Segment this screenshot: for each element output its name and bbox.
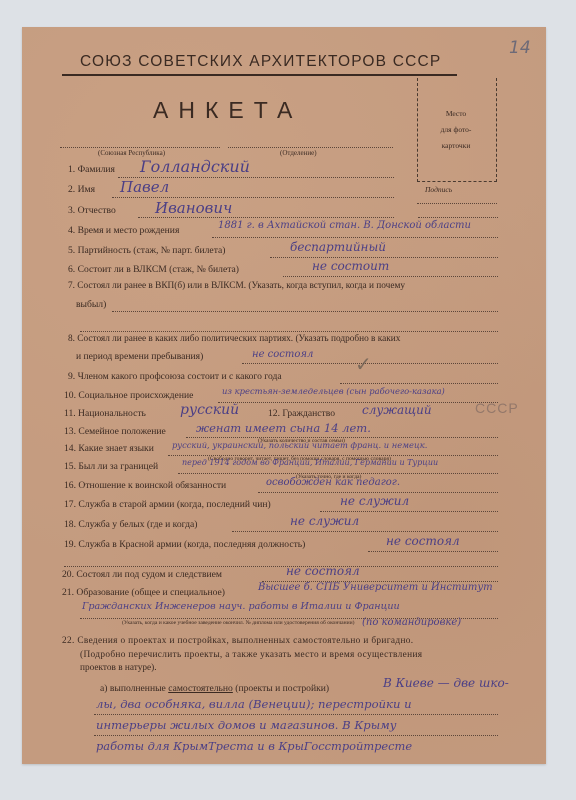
field-line	[270, 257, 498, 258]
field-value-surname[interactable]: Голландский	[140, 157, 250, 176]
field-label-prior-membership: 7. Состоял ли ранее в ВКП(б) или в ВЛКСМ…	[68, 281, 405, 291]
field-label-nationality: 11. Национальность	[64, 408, 146, 419]
field-label-education: 21. Образование (общее и специальное)	[62, 587, 225, 598]
field-value-party[interactable]: беспартийный	[290, 240, 386, 254]
field-line-prior-membership[interactable]	[112, 311, 498, 312]
field-line	[94, 735, 498, 736]
department-label: (Отделение)	[280, 149, 317, 157]
field-label-political-parties-cont: и период времени пребывания)	[76, 351, 203, 362]
field-value-projects-line-3[interactable]: интерьеры жилых домов и магазинов. В Кры…	[96, 718, 397, 732]
field-value-political-parties[interactable]: не состоял	[252, 349, 313, 360]
field-line	[418, 217, 498, 218]
republic-label: (Союзная Республика)	[98, 149, 165, 157]
field-line	[94, 714, 498, 715]
field-label-projects-3: проектов в натуре).	[80, 663, 157, 673]
field-label-citizenship: 12. Гражданство	[268, 408, 335, 419]
field-label-independent-prefix: а) выполненные	[100, 683, 166, 694]
signature-label: Подпись	[425, 185, 452, 194]
field-label-union: 9. Членом какого профсоюза состоит и с к…	[68, 371, 282, 382]
organization-header: СОЮЗ СОВЕТСКИХ АРХИТЕКТОРОВ СССР	[80, 53, 441, 71]
page-title: АНКЕТА	[153, 97, 302, 124]
field-value-projects-line-1[interactable]: В Киеве — две шко-	[383, 676, 509, 690]
photo-box-text-1: Место	[417, 109, 495, 118]
field-label-surname: 1. Фамилия	[68, 164, 115, 175]
field-label-patronymic: 3. Отчество	[68, 205, 116, 216]
field-label-marital: 13. Семейное положение	[64, 426, 166, 437]
field-line	[258, 492, 498, 493]
field-label-whites: 18. Служба у белых (где и когда)	[64, 519, 197, 530]
field-line-union[interactable]	[340, 383, 498, 384]
page-number: 14	[509, 38, 531, 58]
field-label-military-duty: 16. Отношение к воинской обязанности	[64, 480, 226, 491]
field-value-citizenship[interactable]: служащий	[362, 403, 432, 417]
field-value-red-army[interactable]: не состоял	[386, 534, 460, 548]
field-value-birth[interactable]: 1881 г. в Ахтайской стан. В. Донской обл…	[218, 220, 471, 231]
check-mark-icon: ✓	[355, 352, 372, 376]
field-value-marital[interactable]: женат имеет сына 14 лет.	[196, 421, 371, 435]
field-line	[320, 511, 498, 512]
field-label-birth: 4. Время и место рождения	[68, 225, 179, 236]
signature-line[interactable]	[417, 203, 497, 204]
field-value-old-army[interactable]: не служил	[340, 494, 409, 508]
field-label-komsomol: 6. Состоит ли в ВЛКСМ (стаж, № билета)	[68, 264, 239, 275]
field-label-abroad: 15. Был ли за границей	[64, 461, 158, 472]
field-value-projects-line-4[interactable]: работы для КрымТреста и в КрыГосстройтре…	[96, 739, 412, 753]
field-line-red-army-2[interactable]	[64, 566, 498, 567]
field-label-name: 2. Имя	[68, 184, 95, 195]
field-label-social-origin: 10. Социальное происхождение	[64, 390, 193, 401]
field-line	[232, 531, 498, 532]
field-hint-education: (Указать, когда и какое учебное заведени…	[122, 620, 354, 626]
field-label-political-parties: 8. Состоял ли ранее в каких либо политич…	[68, 334, 400, 344]
field-value-komsomol[interactable]: не состоит	[312, 259, 389, 273]
field-line	[112, 197, 394, 198]
field-value-military-duty[interactable]: освобожден как педагог.	[266, 477, 400, 488]
field-value-education[interactable]: Высшее б. СПБ Университет и Институт	[258, 582, 493, 593]
field-label-languages: 14. Какие знает языки	[64, 443, 154, 454]
field-label-trial: 20. Состоял ли под судом и следствием	[62, 569, 222, 580]
field-value-projects-line-2[interactable]: лы, два особняка, вилла (Венеции); перес…	[96, 697, 412, 711]
field-line	[138, 217, 394, 218]
field-label-projects-1: 22. Сведения о проектах и постройках, вы…	[62, 636, 413, 646]
field-line	[283, 276, 498, 277]
field-value-trial[interactable]: не состоял	[286, 564, 360, 578]
field-value-education-cont[interactable]: Гражданских Инженеров науч. работы в Ита…	[82, 601, 400, 612]
photo-box-text-3: карточки	[417, 141, 495, 150]
field-value-nationality[interactable]: русский	[180, 402, 239, 418]
field-label-independent-suffix: (проекты и постройки)	[235, 683, 329, 694]
field-line-prior-membership-2[interactable]	[80, 331, 498, 332]
field-label-projects-2: (Подробно перечислить проекты, а также у…	[80, 650, 422, 660]
field-label-old-army: 17. Служба в старой армии (когда, послед…	[64, 499, 271, 510]
field-value-abroad[interactable]: перед 1914 годом во Франции, Италии, Гер…	[182, 458, 438, 467]
field-line	[218, 402, 498, 403]
field-value-name[interactable]: Павел	[120, 178, 169, 196]
field-label-red-army: 19. Служба в Красной армии (когда, после…	[64, 539, 305, 550]
field-value-patronymic[interactable]: Иванович	[155, 199, 232, 217]
department-field[interactable]	[228, 147, 393, 148]
field-value-education-extra[interactable]: (по командировке)	[362, 617, 461, 628]
photo-box-text-2: для фото-	[417, 125, 495, 134]
field-label-independent-underlined: самостоятельно	[168, 683, 233, 694]
field-line	[368, 551, 498, 552]
header-rule	[62, 74, 457, 76]
field-value-social-origin[interactable]: из крестьян-земледельцев (сын рабочего-к…	[222, 386, 445, 396]
field-label-prior-membership-cont: выбыл)	[76, 299, 106, 310]
field-value-whites[interactable]: не служил	[290, 514, 359, 528]
field-label-independent-projects: а) выполненные самостоятельно (проекты и…	[100, 683, 329, 694]
stamp-mark: СССР	[475, 400, 519, 416]
republic-field[interactable]	[60, 147, 220, 148]
field-line	[212, 237, 498, 238]
field-value-languages[interactable]: русский, украинский, польский читает фра…	[172, 440, 427, 450]
field-label-party: 5. Партийность (стаж, № парт. билета)	[68, 245, 225, 256]
